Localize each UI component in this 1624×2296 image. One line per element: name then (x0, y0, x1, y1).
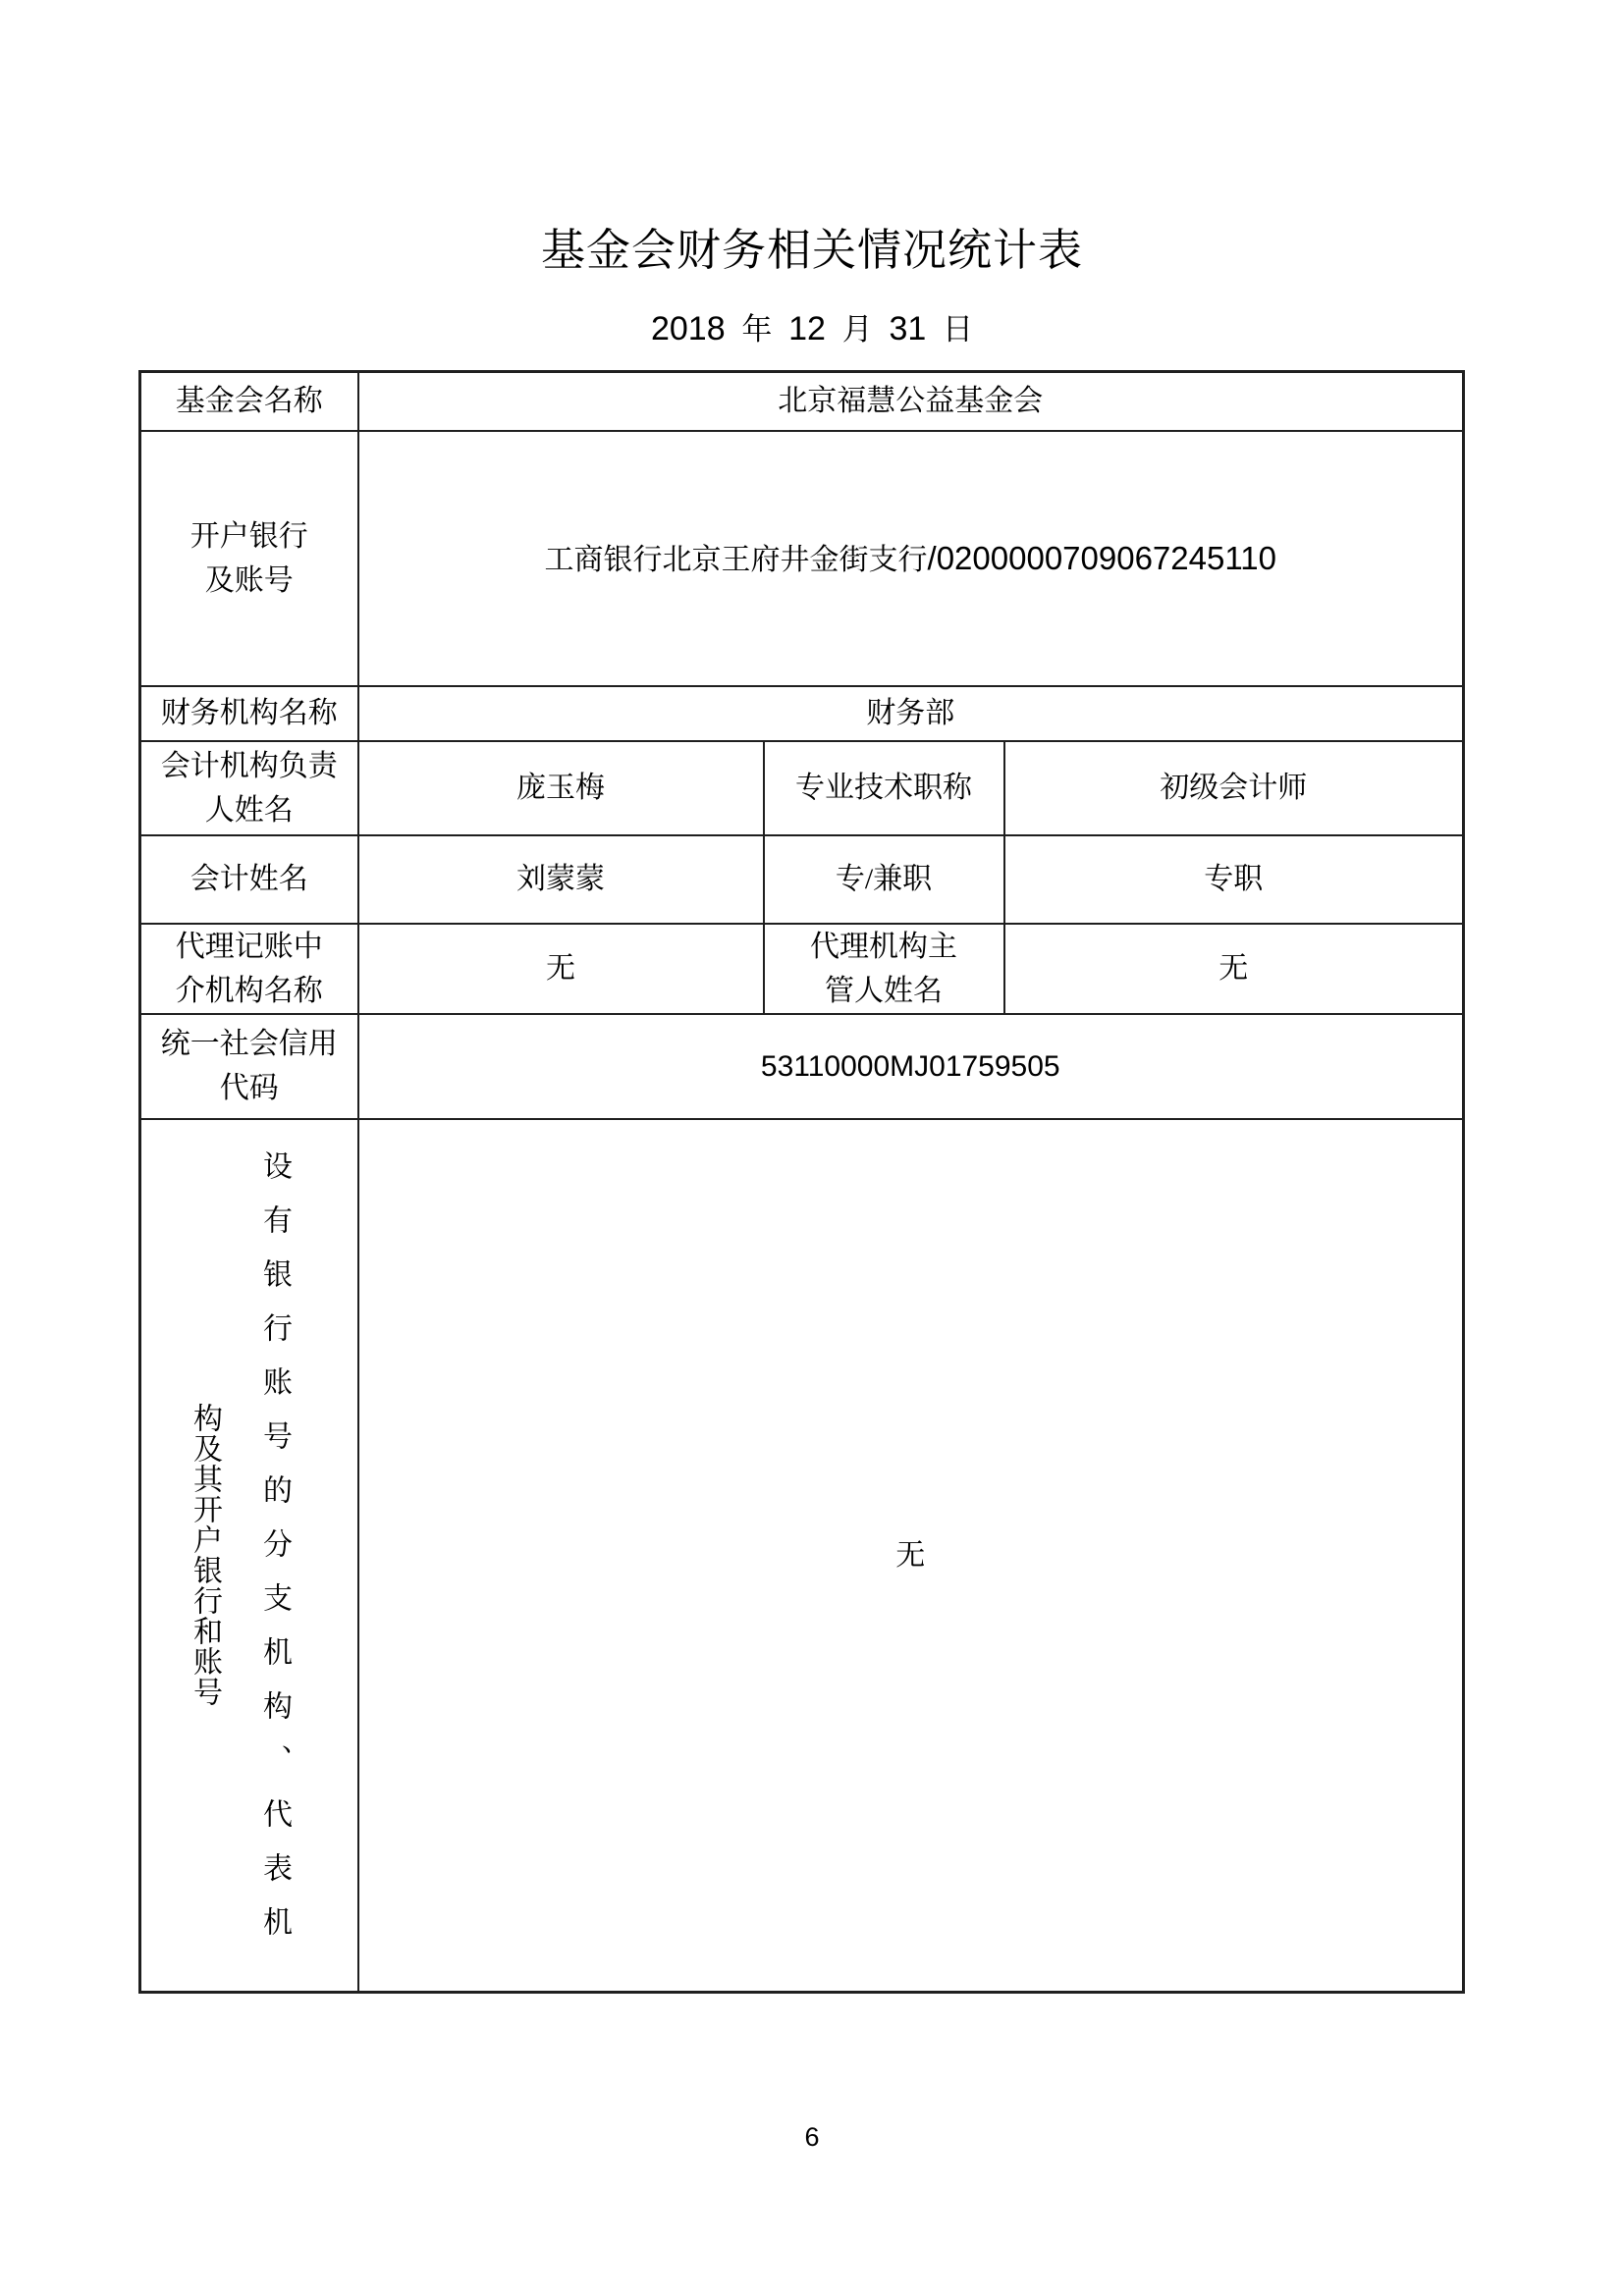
finance-department-label: 财务机构名称 (140, 686, 358, 741)
branches-bank-accounts-label: 设有银行账号的分支机构、代表机 构及其开户银行和账号 (140, 1119, 358, 1993)
professional-title-value: 初级会计师 (1004, 741, 1464, 835)
report-date-day: 31 (889, 310, 926, 347)
bank-account-value: 工商银行北京王府井金街支行/0200000709067245110 (358, 431, 1464, 686)
table-row: 基金会名称 北京福慧公益基金会 (140, 372, 1464, 431)
finance-department-value: 财务部 (358, 686, 1464, 741)
table-row: 统一社会信用 代码 53110000MJ01759505 (140, 1014, 1464, 1119)
report-date-month-unit: 月 (842, 312, 873, 347)
branches-bank-accounts-value: 无 (358, 1119, 1464, 1993)
agency-manager-label: 代理机构主 管人姓名 (764, 924, 1004, 1014)
document-page: 基金会财务相关情况统计表 2018 年 12 月 31 日 基金会名称 北京福慧… (0, 0, 1624, 2296)
full-or-part-time-value: 专职 (1004, 835, 1464, 924)
table-row: 设有银行账号的分支机构、代表机 构及其开户银行和账号 无 (140, 1119, 1464, 1993)
table-row: 会计机构负责 人姓名 庞玉梅 专业技术职称 初级会计师 (140, 741, 1464, 835)
report-date-year-unit: 年 (741, 312, 772, 347)
table-row: 会计姓名 刘蒙蒙 专/兼职 专职 (140, 835, 1464, 924)
credit-code-label: 统一社会信用 代码 (140, 1014, 358, 1119)
accounting-head-value: 庞玉梅 (358, 741, 764, 835)
bookkeeping-agency-label: 代理记账中 介机构名称 (140, 924, 358, 1014)
table-row: 代理记账中 介机构名称 无 代理机构主 管人姓名 无 (140, 924, 1464, 1014)
foundation-name-label: 基金会名称 (140, 372, 358, 431)
statistics-table: 基金会名称 北京福慧公益基金会 开户银行 及账号 工商银行北京王府井金街支行/0… (138, 370, 1465, 1994)
page-title: 基金会财务相关情况统计表 (0, 214, 1624, 278)
report-date-month: 12 (788, 310, 826, 347)
table-row: 开户银行 及账号 工商银行北京王府井金街支行/02000007090672451… (140, 431, 1464, 686)
table-row: 财务机构名称 财务部 (140, 686, 1464, 741)
professional-title-label: 专业技术职称 (764, 741, 1004, 835)
full-or-part-time-label: 专/兼职 (764, 835, 1004, 924)
credit-code-value: 53110000MJ01759505 (358, 1014, 1464, 1119)
report-date: 2018 年 12 月 31 日 (0, 304, 1624, 348)
report-date-day-unit: 日 (943, 312, 973, 347)
accounting-head-label: 会计机构负责 人姓名 (140, 741, 358, 835)
accountant-name-label: 会计姓名 (140, 835, 358, 924)
page-number: 6 (0, 2122, 1624, 2153)
branches-label-vertical-line-1: 设有银行账号的分支机构、代表机 (258, 1120, 290, 1992)
report-date-year: 2018 (651, 310, 726, 347)
agency-manager-value: 无 (1004, 924, 1464, 1014)
branches-label-vertical-line-2: 构及其开户银行和账号 (189, 1120, 220, 1992)
foundation-name-value: 北京福慧公益基金会 (358, 372, 1464, 431)
bookkeeping-agency-value: 无 (358, 924, 764, 1014)
bank-account-label: 开户银行 及账号 (140, 431, 358, 686)
accountant-name-value: 刘蒙蒙 (358, 835, 764, 924)
